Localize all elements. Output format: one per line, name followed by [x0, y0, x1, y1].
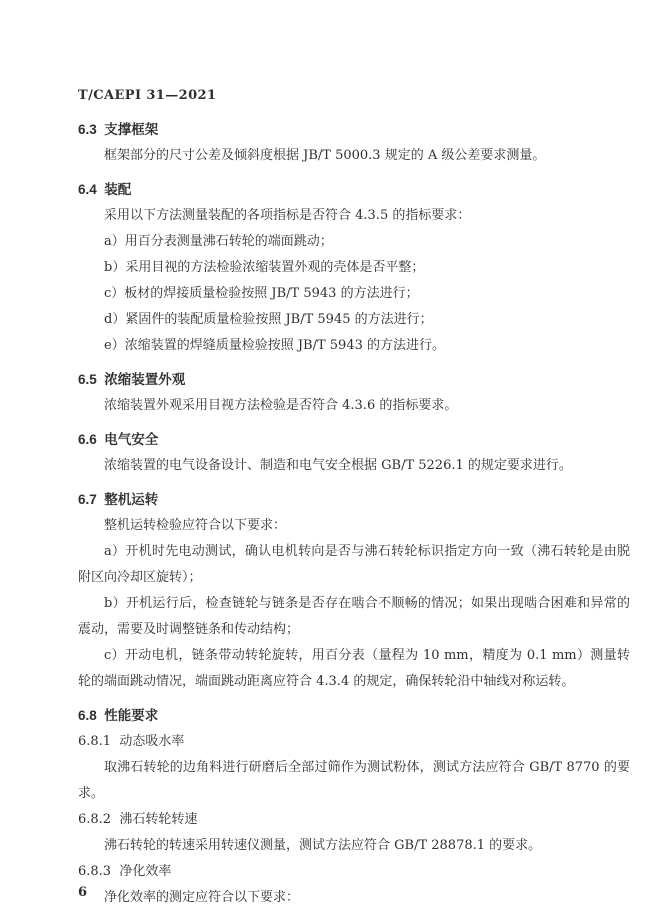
paragraph: 框架部分的尺寸公差及倾斜度根据 JB/T 5000.3 规定的 A 级公差要求测… [78, 143, 630, 169]
section-heading-6-5: 6.5 浓缩装置外观 [78, 367, 630, 393]
list-item-a: a）用百分表测量沸石转轮的端面跳动； [78, 229, 630, 255]
list-item-c: c）开动电机，链条带动转轮旋转，用百分表（量程为 10 mm，精度为 0.1 m… [78, 643, 630, 695]
paragraph: 浓缩装置的电气设备设计、制造和电气安全根据 GB/T 5226.1 的规定要求进… [78, 453, 630, 479]
paragraph: 浓缩装置外观采用目视方法检验是否符合 4.3.6 的指标要求。 [78, 393, 630, 419]
section-heading-6-6: 6.6 电气安全 [78, 427, 630, 453]
document-page: T/CAEPI 31—2021 6.3 支撑框架 框架部分的尺寸公差及倾斜度根据… [0, 0, 650, 919]
document-content: T/CAEPI 31—2021 6.3 支撑框架 框架部分的尺寸公差及倾斜度根据… [78, 83, 630, 911]
paragraph: 净化效率的测定应符合以下要求： [78, 885, 630, 911]
section-heading-6-8-2: 6.8.2 沸石转轮转速 [78, 807, 630, 833]
list-item-c: c）板材的焊接质量检验按照 JB/T 5943 的方法进行； [78, 281, 630, 307]
list-item-e: e）浓缩装置的焊缝质量检验按照 JB/T 5943 的方法进行。 [78, 333, 630, 359]
list-item-a: a）开机时先电动测试，确认电机转向是否与沸石转轮标识指定方向一致（沸石转轮是由脱… [78, 539, 630, 591]
page-number: 6 [78, 885, 87, 900]
section-heading-6-4: 6.4 装配 [78, 177, 630, 203]
paragraph: 整机运转检验应符合以下要求： [78, 513, 630, 539]
paragraph: 沸石转轮的转速采用转速仪测量，测试方法应符合 GB/T 28878.1 的要求。 [78, 833, 630, 859]
standard-number: T/CAEPI 31—2021 [78, 83, 630, 109]
section-heading-6-8-3: 6.8.3 净化效率 [78, 859, 630, 885]
list-item-b: b）采用目视的方法检验浓缩装置外观的壳体是否平整； [78, 255, 630, 281]
paragraph: 采用以下方法测量装配的各项指标是否符合 4.3.5 的指标要求： [78, 203, 630, 229]
section-heading-6-3: 6.3 支撑框架 [78, 117, 630, 143]
section-heading-6-8: 6.8 性能要求 [78, 703, 630, 729]
list-item-d: d）紧固件的装配质量检验按照 JB/T 5945 的方法进行； [78, 307, 630, 333]
list-item-b: b）开机运行后，检查链轮与链条是否存在啮合不顺畅的情况；如果出现啮合困难和异常的… [78, 591, 630, 643]
section-heading-6-8-1: 6.8.1 动态吸水率 [78, 729, 630, 755]
paragraph: 取沸石转轮的边角料进行研磨后全部过筛作为测试粉体，测试方法应符合 GB/T 87… [78, 755, 630, 807]
section-heading-6-7: 6.7 整机运转 [78, 487, 630, 513]
